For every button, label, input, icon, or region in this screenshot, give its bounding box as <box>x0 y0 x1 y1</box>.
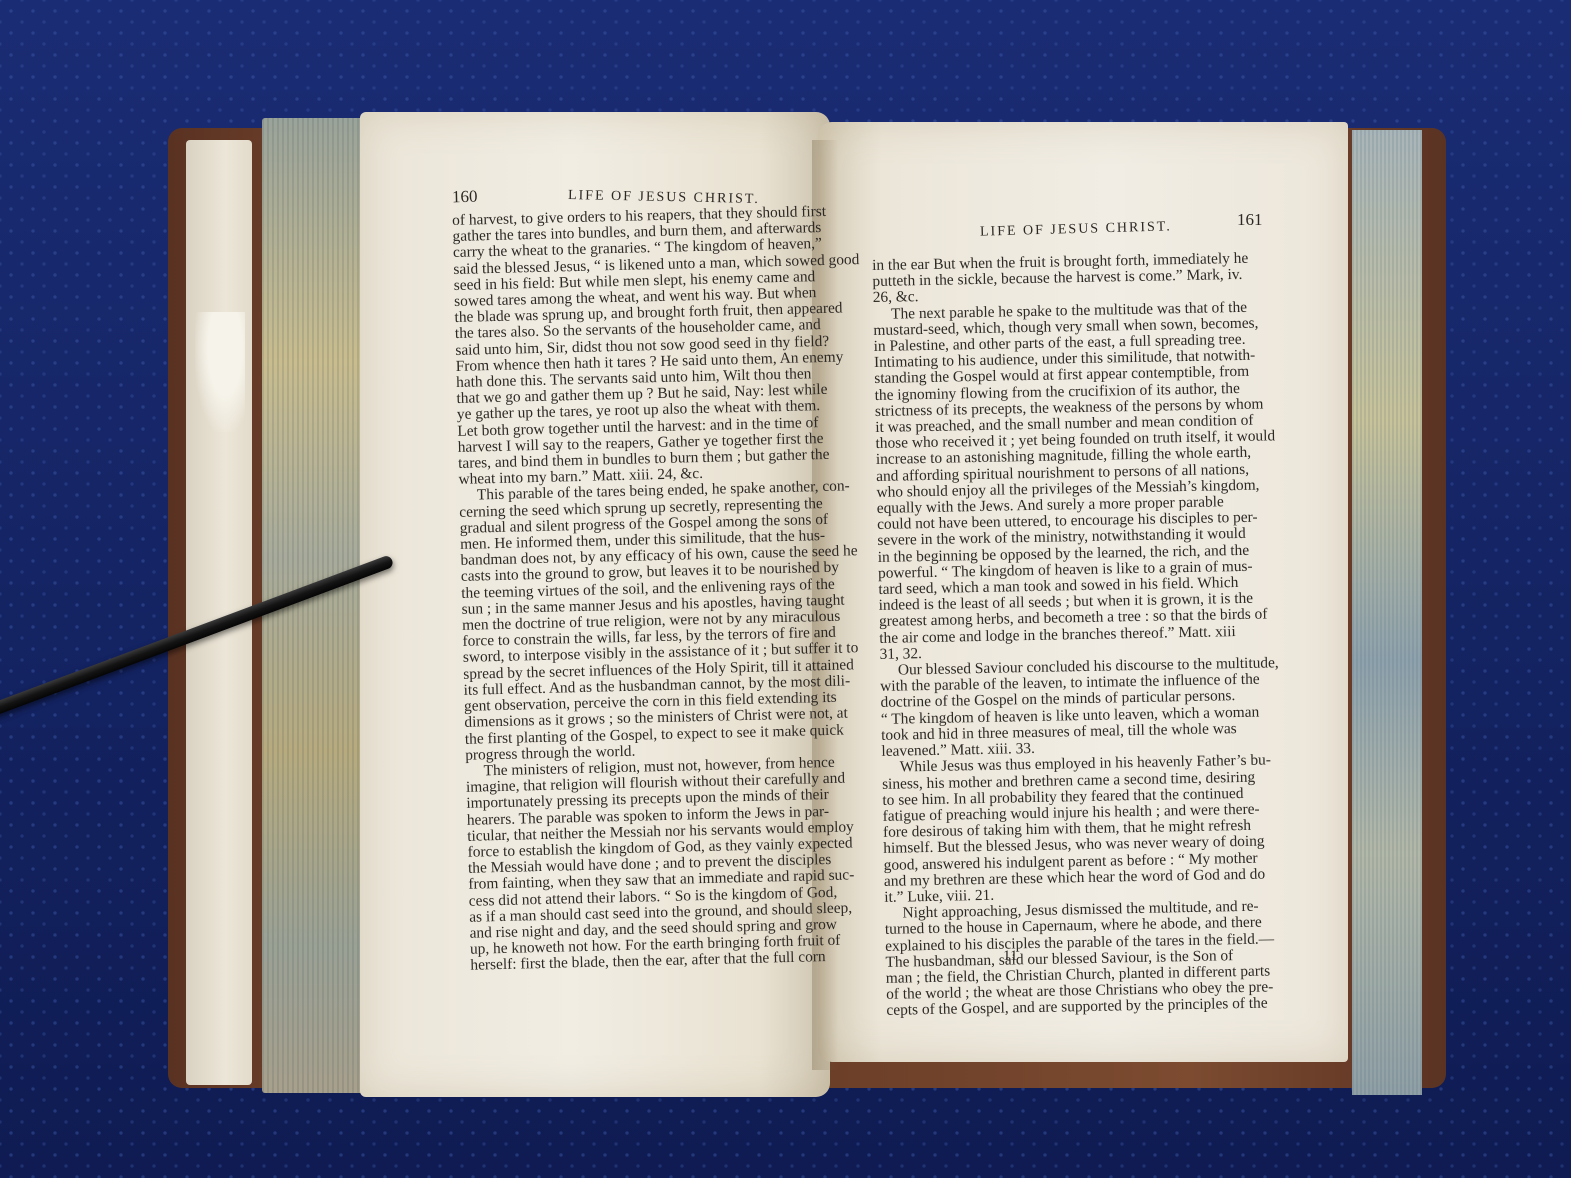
signature-mark: 11 <box>1003 948 1017 965</box>
marbled-page-edge-right <box>1352 130 1422 1095</box>
right-page-number: 161 <box>1237 210 1263 230</box>
left-page-number: 160 <box>452 187 478 208</box>
water-stain <box>195 312 245 432</box>
photo-scene: 160 LIFE OF JESUS CHRIST. 161 LIFE OF JE… <box>0 0 1571 1178</box>
left-page-body-text: of harvest, to give orders to his reaper… <box>452 204 840 974</box>
right-page-body-text: in the ear But when the fruit is brought… <box>872 250 1295 1019</box>
